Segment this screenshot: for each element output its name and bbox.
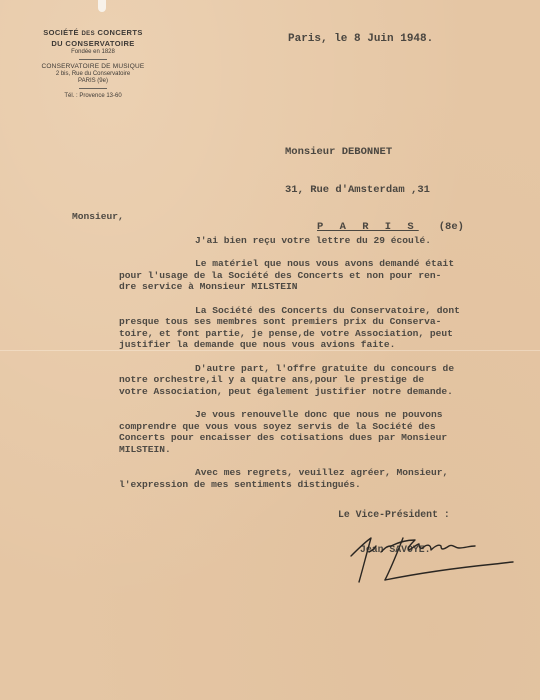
paragraph-first-line: J'ai bien reçu votre lettre du 29 écoulé… — [119, 235, 539, 247]
letter-paper: SOCIÉTÉ DES CONCERTS DU CONSERVATOIRE Fo… — [0, 0, 540, 700]
org-name-a: SOCIÉTÉ — [43, 28, 79, 37]
org-name-b: DES — [81, 31, 95, 37]
paragraph-4: D'autre part, l'offre gratuite du concou… — [119, 363, 539, 398]
paragraph-rest: notre orchestre,il y a quatre ans,pour l… — [119, 374, 539, 397]
paragraph-first-line: D'autre part, l'offre gratuite du concou… — [119, 363, 539, 375]
paragraph-5: Je vous renouvelle donc que nous ne pouv… — [119, 409, 539, 455]
letterhead-divider — [79, 59, 107, 60]
org-name-c: CONCERTS — [97, 28, 142, 37]
handwritten-signature-icon — [345, 518, 515, 598]
letter-body: Monsieur, J'ai bien reçu votre lettre du… — [119, 211, 539, 502]
paragraph-1: J'ai bien reçu votre lettre du 29 écoulé… — [119, 235, 539, 247]
letterhead-address: 2 bis, Rue du Conservatoire — [18, 71, 168, 78]
letterhead: SOCIÉTÉ DES CONCERTS DU CONSERVATOIRE Fo… — [18, 28, 168, 100]
recipient-street: 31, Rue d'Amsterdam ,31 — [285, 184, 464, 197]
paragraph-first-line: Je vous renouvelle donc que nous ne pouv… — [119, 409, 539, 421]
letter-date: Paris, le 8 Juin 1948. — [288, 33, 433, 45]
paragraph-6: Avec mes regrets, veuillez agréer, Monsi… — [119, 467, 539, 490]
paragraph-3: La Société des Concerts du Conservatoire… — [119, 305, 539, 351]
salutation: Monsieur, — [72, 211, 539, 223]
paragraph-rest: presque tous ses membres sont premiers p… — [119, 316, 539, 351]
letterhead-divider-2 — [79, 88, 107, 89]
letterhead-founded: Fondée en 1828 — [18, 48, 168, 56]
letterhead-city: PARIS (9e) — [18, 78, 168, 85]
paragraph-first-line: Avec mes regrets, veuillez agréer, Monsi… — [119, 467, 539, 479]
paragraph-rest: pour l'usage de la Société des Concerts … — [119, 270, 539, 293]
recipient-name: Monsieur DEBONNET — [285, 146, 464, 159]
paragraph-first-line: La Société des Concerts du Conservatoire… — [119, 305, 539, 317]
letterhead-phone: Tél. : Provence 13-60 — [18, 92, 168, 100]
letterhead-conservatoire: CONSERVATOIRE DE MUSIQUE — [18, 63, 168, 71]
letterhead-org: SOCIÉTÉ DES CONCERTS DU CONSERVATOIRE — [18, 28, 168, 48]
punch-hole — [98, 0, 106, 12]
paragraph-rest: comprendre que vous vous soyez servis de… — [119, 421, 539, 456]
paragraph-rest: l'expression de mes sentiments distingué… — [119, 479, 539, 491]
org-name-line2: DU CONSERVATOIRE — [51, 39, 134, 48]
paragraph-first-line: Le matériel que nous vous avons demandé … — [119, 258, 539, 270]
paragraph-2: Le matériel que nous vous avons demandé … — [119, 258, 539, 293]
